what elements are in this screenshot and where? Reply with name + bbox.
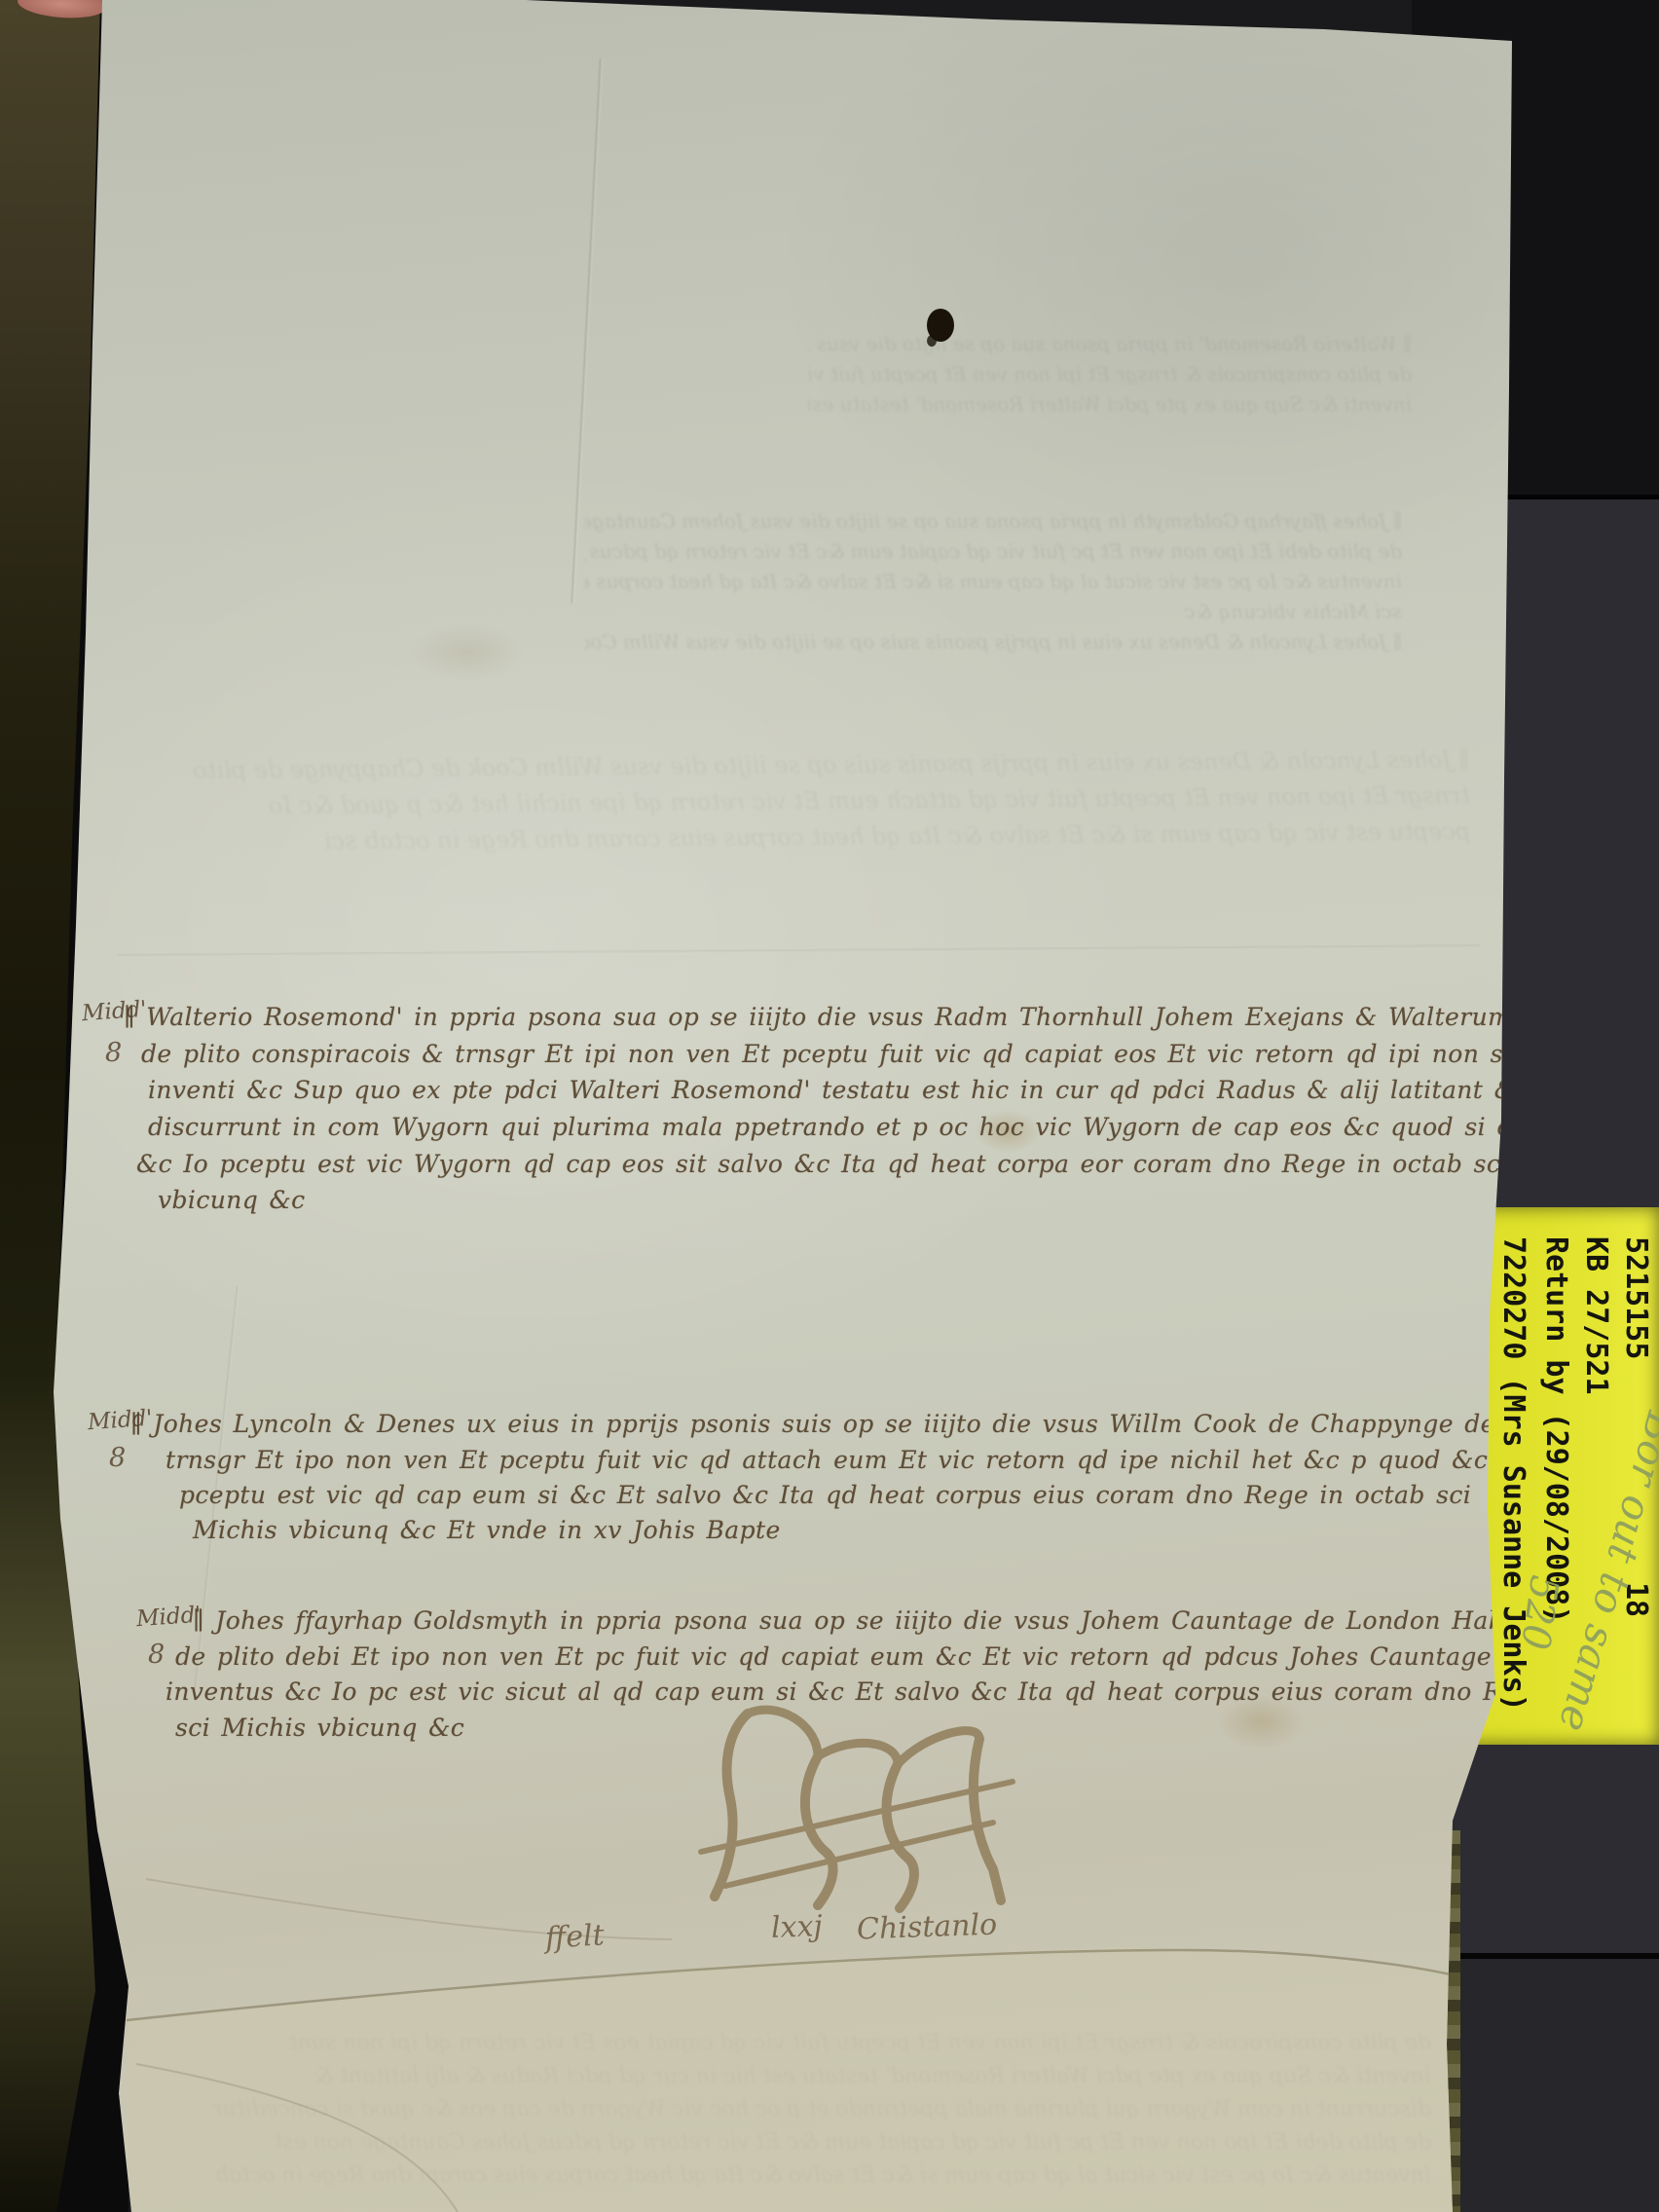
membrane-fold-line	[0, 0, 1659, 2212]
label-line-return-by: Return by (29/08/2008)	[1539, 1236, 1573, 1623]
label-line-class: KB 27/521	[1579, 1236, 1613, 1395]
label-line-reference: 5215155	[1619, 1236, 1653, 1359]
archive-label: 5215155 KB 27/521 Return by (29/08/2008)…	[1465, 1207, 1659, 1745]
archive-label-face: 5215155 KB 27/521 Return by (29/08/2008)…	[1465, 1207, 1659, 1745]
label-handwritten-number: 520	[1512, 1572, 1567, 1652]
archive-photo: { "document": { "entries": [ { "margin":…	[0, 0, 1659, 2212]
parchment-membrane: ∥ Walterio Rosemond' in ppria psona sua …	[0, 0, 1659, 2212]
